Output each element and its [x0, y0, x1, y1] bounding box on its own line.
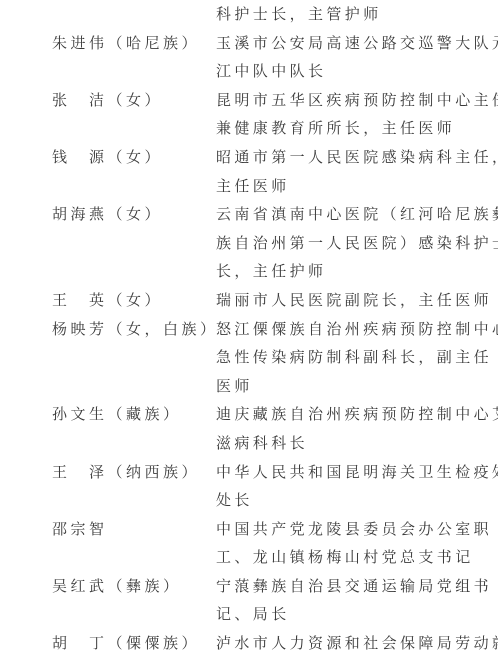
person-title: 昆明市五华区疾病预防控制中心主任 兼健康教育所所长，主任医师 [216, 86, 498, 143]
title-line: 泸水市人力资源和社会保障局劳动就 [216, 629, 498, 658]
title-line: 中国共产党龙陵县委员会办公室职 [216, 515, 498, 544]
person-title: 怒江傈僳族自治州疾病预防控制中心 急性传染病防制科副科长，副主任 医师 [216, 315, 498, 401]
list-item: 胡海燕（女） 云南省滇南中心医院（红河哈尼族彝 族自治州第一人民医院）感染科护士… [0, 200, 498, 286]
title-line: 长，主任护师 [216, 257, 498, 286]
list-item: 杨映芳（女，白族） 怒江傈僳族自治州疾病预防控制中心 急性传染病防制科副科长，副… [0, 315, 498, 401]
person-title: 宁蒗彝族自治县交通运输局党组书 记、局长 [216, 572, 498, 629]
title-line: 怒江傈僳族自治州疾病预防控制中心 [216, 315, 498, 344]
list-item: 钱 源（女） 昭通市第一人民医院感染病科主任， 主任医师 [0, 143, 498, 200]
title-line: 医师 [216, 372, 498, 401]
list-item: 王 泽（纳西族） 中华人民共和国昆明海关卫生检疫处 处长 [0, 458, 498, 515]
person-name: 张 洁（女） [52, 86, 163, 115]
person-title: 云南省滇南中心医院（红河哈尼族彝 族自治州第一人民医院）感染科护士 长，主任护师 [216, 200, 498, 286]
list-item: 吴红武（彝族） 宁蒗彝族自治县交通运输局党组书 记、局长 [0, 572, 498, 629]
title-line: 滋病科科长 [216, 429, 498, 458]
title-line: 宁蒗彝族自治县交通运输局党组书 [216, 572, 498, 601]
person-title: 中华人民共和国昆明海关卫生检疫处 处长 [216, 458, 498, 515]
title-line: 昭通市第一人民医院感染病科主任， [216, 143, 498, 172]
title-line: 工、龙山镇杨梅山村党总支书记 [216, 543, 498, 572]
list-item: 张 洁（女） 昆明市五华区疾病预防控制中心主任 兼健康教育所所长，主任医师 [0, 86, 498, 143]
title-line: 昆明市五华区疾病预防控制中心主任 [216, 86, 498, 115]
document-page: 科护士长，主管护师 朱进伟（哈尼族） 玉溪市公安局高速公路交巡警大队元 江中队中… [0, 0, 498, 658]
person-name: 胡 丁（傈僳族） [52, 629, 200, 658]
list-item: 朱进伟（哈尼族） 玉溪市公安局高速公路交巡警大队元 江中队中队长 [0, 29, 498, 86]
person-title: 昭通市第一人民医院感染病科主任， 主任医师 [216, 143, 498, 200]
title-line: 主任医师 [216, 172, 498, 201]
person-name: 胡海燕（女） [52, 200, 163, 229]
person-name: 朱进伟（哈尼族） [52, 29, 200, 58]
title-line: 急性传染病防制科副科长，副主任 [216, 343, 498, 372]
person-name: 邵宗智 [52, 515, 108, 544]
title-line: 兼健康教育所所长，主任医师 [216, 114, 498, 143]
person-title: 中国共产党龙陵县委员会办公室职 工、龙山镇杨梅山村党总支书记 [216, 515, 498, 572]
list-item: 胡 丁（傈僳族） 泸水市人力资源和社会保障局劳动就 [0, 629, 498, 658]
person-name: 钱 源（女） [52, 143, 163, 172]
title-line: 云南省滇南中心医院（红河哈尼族彝 [216, 200, 498, 229]
list-item: 科护士长，主管护师 [0, 0, 498, 29]
person-title: 科护士长，主管护师 [216, 0, 498, 29]
title-line: 科护士长，主管护师 [216, 0, 498, 29]
title-line: 迪庆藏族自治州疾病预防控制中心艾 [216, 400, 498, 429]
person-name: 吴红武（彝族） [52, 572, 182, 601]
person-name: 杨映芳（女，白族） [52, 315, 219, 344]
person-name: 王 泽（纳西族） [52, 458, 200, 487]
list-item: 王 英（女） 瑞丽市人民医院副院长，主任医师 [0, 286, 498, 315]
list-item: 邵宗智 中国共产党龙陵县委员会办公室职 工、龙山镇杨梅山村党总支书记 [0, 515, 498, 572]
title-line: 处长 [216, 486, 498, 515]
title-line: 玉溪市公安局高速公路交巡警大队元 [216, 29, 498, 58]
title-line: 中华人民共和国昆明海关卫生检疫处 [216, 458, 498, 487]
person-title: 瑞丽市人民医院副院长，主任医师 [216, 286, 498, 315]
person-name: 王 英（女） [52, 286, 163, 315]
list-item: 孙文生（藏族） 迪庆藏族自治州疾病预防控制中心艾 滋病科科长 [0, 400, 498, 457]
person-name: 孙文生（藏族） [52, 400, 182, 429]
person-title: 泸水市人力资源和社会保障局劳动就 [216, 629, 498, 658]
person-title: 迪庆藏族自治州疾病预防控制中心艾 滋病科科长 [216, 400, 498, 457]
title-line: 族自治州第一人民医院）感染科护士 [216, 229, 498, 258]
person-title: 玉溪市公安局高速公路交巡警大队元 江中队中队长 [216, 29, 498, 86]
title-line: 江中队中队长 [216, 57, 498, 86]
title-line: 记、局长 [216, 600, 498, 629]
title-line: 瑞丽市人民医院副院长，主任医师 [216, 286, 498, 315]
